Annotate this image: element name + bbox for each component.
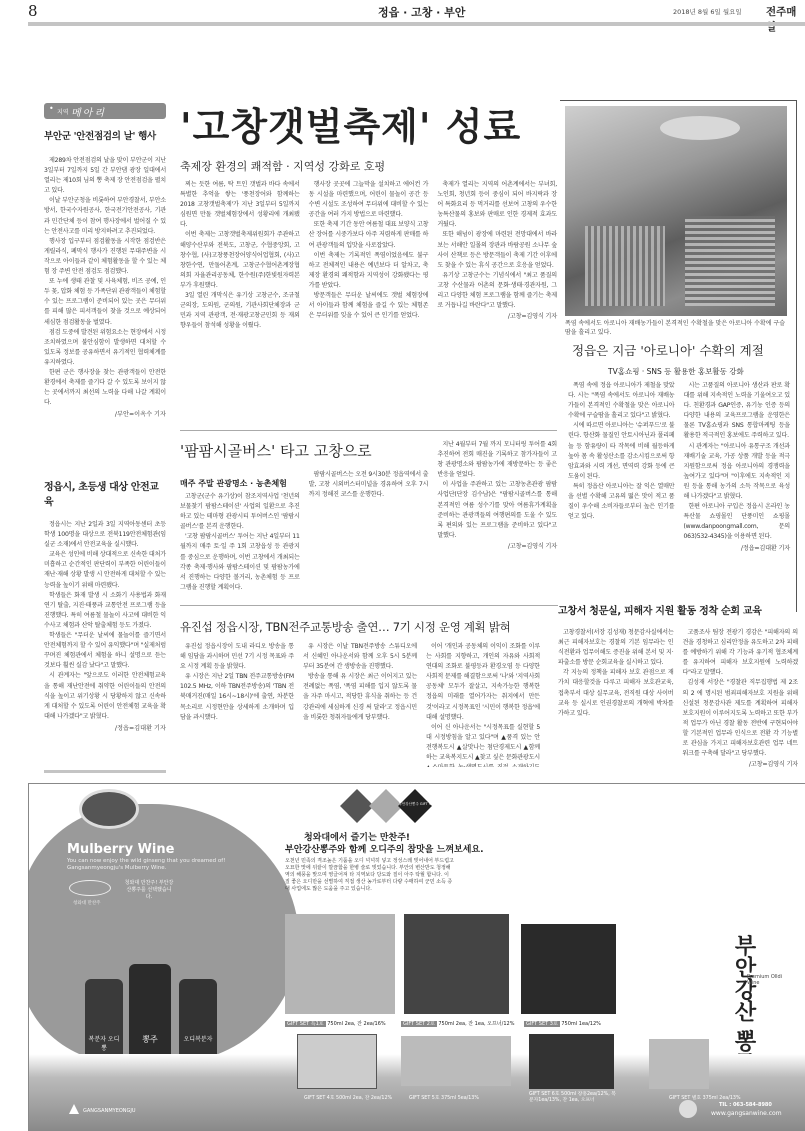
tbn-headline: 유진섭 정읍시장, TBN전주교통방송 출연… 7기 시정 운영 계획 밝혀 bbox=[180, 619, 510, 635]
giftset-image-6 bbox=[529, 1034, 614, 1089]
ad-phone: TIL : 063-584-8980 bbox=[719, 1102, 772, 1108]
tbn-body: 유진섭 정읍시장이 도내 라디오 방송을 통해 임담을 과시하며 민선 7기 시… bbox=[180, 642, 540, 767]
article-body: 제289차 안전점검의 날을 맞이 부안군이 지난 3일부터 7일까지 5일 간… bbox=[44, 156, 166, 408]
advertisement: Mulberry Wine You can now enjoy the wild… bbox=[28, 783, 805, 1131]
article-title: 부안군 '안전점검의 날' 행사 bbox=[44, 128, 166, 142]
giftset-spec-3: GIFT SET 3호 750ml 1ea/12% bbox=[524, 1020, 601, 1027]
giftset-image-1 bbox=[285, 914, 395, 1014]
giftset-image-5 bbox=[401, 1036, 511, 1086]
company-seal-icon bbox=[679, 1100, 697, 1118]
byline: /고창=김영식 기자 bbox=[437, 312, 557, 322]
aronia-box: 폭염 속에서도 아로니아 재배농가들이 본격적인 수확철을 맞은 아로니아 수확… bbox=[560, 100, 797, 612]
byline: /고창=김영식 기자 bbox=[683, 760, 799, 768]
crate-shape bbox=[685, 216, 775, 306]
giftset-image-3 bbox=[521, 924, 616, 1014]
issue-date: 2018년 8월 6일 월요일 bbox=[673, 7, 742, 16]
ad-body: 오천년 민족의 격조높은 기품을 오디 넉넉히 넣고 정성스레 빚어내어 부드럽… bbox=[285, 858, 455, 893]
sidebar-tag: • 지역 메아리 bbox=[44, 103, 166, 119]
bottle-label: 복분자 오디뽕 bbox=[87, 1034, 121, 1052]
giftset-spec-1: GIFT SET 특1호 750ml 2ea, 잔 2ea/16% bbox=[285, 1020, 386, 1027]
sidebar-bottom-rule bbox=[44, 770, 166, 773]
section-title: 정읍 · 고창 · 부안 bbox=[378, 4, 465, 20]
bullet-icon: • bbox=[49, 104, 54, 113]
bottle-label: 오디복분자 bbox=[181, 1034, 215, 1043]
article-title: 정읍시, 초등생 대상 안전교육 bbox=[44, 478, 166, 508]
ad-headline-2: 부안강산뽕주와 함께 오디주의 참맛을 느껴보세요. bbox=[285, 842, 484, 855]
tbn-top-rule bbox=[180, 605, 558, 606]
ad-product-sub: Premium Olldi Wine bbox=[747, 974, 787, 986]
police-headline: 고창서 청문실, 피해자 지원 활동 정착 순회 교육 bbox=[558, 602, 762, 617]
byline: /고창=김영식 기자 bbox=[437, 542, 557, 552]
lead-bottom-rule bbox=[180, 430, 557, 431]
bluehouse-label: 청와대 만찬주 bbox=[73, 900, 101, 906]
bluehouse-text: 청와대 만찬주! 부안강산뽕주를 선택했습니다. bbox=[124, 880, 174, 901]
aronia-headline: 정읍은 지금 '아로니아' 수확의 계절 bbox=[572, 341, 764, 359]
ad-brand-tagline: You can now enjoy the wild ginseng that … bbox=[67, 858, 237, 872]
byline: /정읍=김대환 기자 bbox=[44, 723, 166, 732]
ad-website[interactable]: www.gangsanwine.com bbox=[711, 1110, 782, 1117]
giftset-image-4 bbox=[297, 1034, 377, 1089]
bottle-label: 뽕주 bbox=[133, 1034, 167, 1045]
tag-large: 메아리 bbox=[71, 104, 106, 119]
bus-headline: '팜팜시골버스' 타고 고창으로 bbox=[180, 440, 372, 461]
article-body: 정읍시는 지난 2일과 3일 지역아동센터 초등학생 100명을 대상으로 전북… bbox=[44, 520, 166, 722]
sidebar-article-2: 정읍시, 초등생 대상 안전교육 정읍시는 지난 2일과 3일 지역아동센터 초… bbox=[44, 478, 166, 732]
byline: /부안=이옥수 기자 bbox=[44, 409, 166, 418]
bluehouse-icon bbox=[69, 880, 111, 896]
giftset-spec-6: GIFT SET 6호 500ml 장흥2ea/12%, 복분자1ea/13%,… bbox=[529, 1092, 619, 1104]
ad-brand-title: Mulberry Wine bbox=[67, 842, 174, 857]
byline: /정읍=김대환 기자 bbox=[684, 544, 791, 554]
aronia-body: 폭염 속에 정읍 아로니아가 제철을 맞았다. 시는 "폭염 속에서도 아로니아… bbox=[568, 381, 790, 554]
lead-subhead: 축제장 환경의 쾌적함 · 지역성 강화로 호평 bbox=[180, 158, 385, 174]
page-number: 8 bbox=[28, 2, 38, 20]
aronia-subhead: TV홈쇼핑 · SNS 등 활용한 홍보활동 강화 bbox=[608, 366, 744, 377]
crate-shape bbox=[585, 226, 665, 306]
aronia-photo bbox=[565, 106, 787, 316]
giftset-spec-5: GIFT SET 5호 375ml 5ea/13% bbox=[409, 1094, 479, 1101]
mascot-icon bbox=[79, 789, 139, 829]
giftset-spec-4: GIFT SET 4호 500ml 2ea, 잔 2ea/12% bbox=[304, 1094, 392, 1101]
company-name: GANGSANMYEONGJU bbox=[83, 1108, 136, 1114]
giftset-image-7 bbox=[649, 1039, 709, 1089]
page-header: 8 정읍 · 고창 · 부안 2018년 8월 6일 월요일 전주매일 bbox=[28, 0, 805, 22]
giftset-spec-7: GIFT SET 별호 375ml 2ea/13% bbox=[669, 1094, 741, 1101]
giftset-spec-2: GIFT SET 2호 750ml 2ea, 잔 1ea, 오프너/12% bbox=[401, 1020, 514, 1027]
photo-caption: 폭염 속에서도 아로니아 재배농가들이 본격적인 수확철을 맞은 아로니아 수확… bbox=[565, 319, 787, 337]
tag-small: 지역 bbox=[57, 107, 69, 116]
paper-name: 전주매일 bbox=[766, 4, 805, 34]
sidebar-article-1: 부안군 '안전점검의 날' 행사 제289차 안전점검의 날을 맞이 부안군이 … bbox=[44, 128, 166, 418]
diamond-badge: 부안강산뽕주 GIFT SET bbox=[397, 802, 437, 807]
header-rule bbox=[28, 22, 805, 26]
farmer-hat-shape bbox=[660, 116, 740, 140]
bus-body: 고창군(군수 유기상)이 참조지역사업 '천년의 보물찾기 팜팜스테이션' 사업… bbox=[180, 470, 557, 610]
police-body: 고창경찰서(서장 김성재) 청문감사실에서는 최근 피해자보호는 경찰의 기본 … bbox=[558, 628, 798, 768]
lead-headline: '고창갯벌축제' 성료 bbox=[180, 96, 521, 151]
lead-body: 찌는 듯한 여름, 탁 트인 갯벌과 바다 속에서 특별한 추억을 쌓는 '풍천… bbox=[180, 180, 557, 410]
giftset-image-2 bbox=[404, 914, 509, 1014]
